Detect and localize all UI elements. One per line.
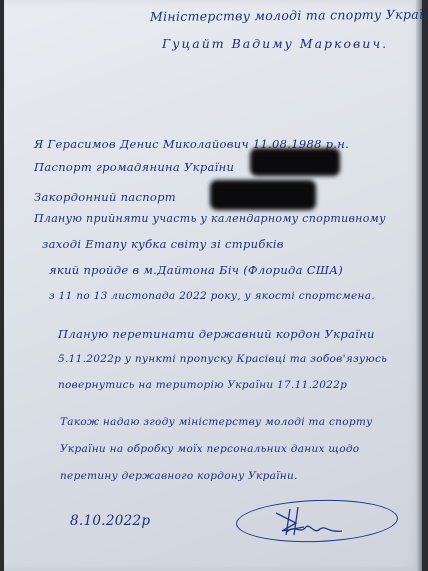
foreign-passport-number-redaction — [210, 180, 316, 210]
body-line-4: Планую прийняти участь у календарному сп… — [34, 212, 386, 225]
document-paper: Міністерству молоді та спорту України Гу… — [4, 0, 422, 571]
passport-number-redaction — [250, 148, 340, 176]
body-line-3: Закордонний паспорт — [34, 190, 176, 204]
body-line-11: Також надаю згоду міністерству молоді та… — [60, 416, 373, 428]
header-line-1: Міністерству молоді та спорту України — [150, 6, 428, 24]
signature-icon — [274, 505, 344, 541]
body-line-5: заході Етапу кубка світу зі стрибків — [42, 237, 284, 251]
document-date: 8.10.2022р — [70, 513, 150, 529]
paper-edge-shadow — [416, 0, 422, 571]
body-line-10: повернутись на територію України 17.11.2… — [58, 379, 347, 391]
body-line-6: який пройде в м.Дайтона Біч (Флорида США… — [49, 263, 343, 277]
body-line-13: перетину державного кордону України. — [60, 470, 298, 482]
body-line-8: Планую перетинати державний кордон Украї… — [58, 327, 375, 341]
body-line-12: України на обробку моїх персональних дан… — [60, 443, 359, 455]
header-line-2: Гуцайт Вадиму Маркович. — [162, 36, 388, 51]
body-line-7: з 11 по 13 листопада 2022 року, у якості… — [49, 290, 375, 302]
body-line-9: 5.11.2022р у пункті пропуску Красівці та… — [58, 353, 387, 365]
body-line-2: Паспорт громадянина України — [34, 160, 234, 174]
